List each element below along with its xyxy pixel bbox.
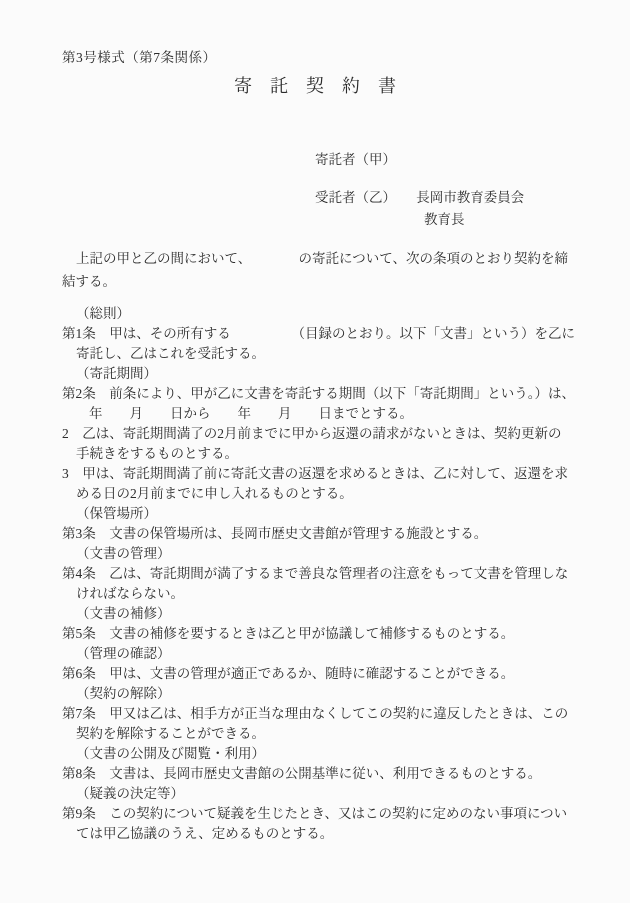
form-number-label: 第3号様式（第7条関係） <box>62 46 217 66</box>
trustee-officer-label: 教育長 <box>424 208 465 228</box>
article-line: 第6条 甲は、文書の管理が適正であるか、随時に確認することができる。 <box>62 664 582 684</box>
article-line: 3 甲は、寄託期間満了前に寄託文書の返還を求めるときは、乙に対して、返還を求 <box>62 464 582 484</box>
preamble-line: 結する。 <box>62 270 568 293</box>
articles-body: （総則） 第1条 甲は、その所有する （目録のとおり。以下「文書」という）を乙に… <box>62 304 582 844</box>
section-heading: （契約の解除） <box>62 684 582 704</box>
article-line: 契約を解除することができる。 <box>62 724 582 744</box>
depositor-party-label: 寄託者（甲） <box>315 148 396 168</box>
preamble-line: 上記の甲と乙の間において、 の寄託について、次の条項のとおり契約を締 <box>62 247 568 270</box>
section-heading: （文書の補修） <box>62 604 582 624</box>
article-line: 第5条 文書の補修を要するときは乙と甲が協議して補修するものとする。 <box>62 624 582 644</box>
article-line: 2 乙は、寄託期間満了の2月前までに甲から返還の請求がないときは、契約更新の <box>62 424 582 444</box>
article-line: 第1条 甲は、その所有する （目録のとおり。以下「文書」という）を乙に <box>62 324 582 344</box>
article-line: 年 月 日から 年 月 日までとする。 <box>62 404 582 424</box>
article-line: 寄託し、乙はこれを受託する。 <box>62 344 582 364</box>
section-heading: （文書の公開及び閲覧・利用） <box>62 744 582 764</box>
section-heading: （寄託期間） <box>62 364 582 384</box>
section-heading: （総則） <box>62 304 582 324</box>
trustee-party-label: 受託者（乙） 長岡市教育委員会 <box>315 186 524 206</box>
article-line: ては甲乙協議のうえ、定めるものとする。 <box>62 824 582 844</box>
section-heading: （管理の確認） <box>62 644 582 664</box>
article-line: 第2条 前条により、甲が乙に文書を寄託する期間（以下「寄託期間」という。）は、 <box>62 384 582 404</box>
preamble: 上記の甲と乙の間において、 の寄託について、次の条項のとおり契約を締 結する。 <box>62 247 568 293</box>
contract-document-page: 第3号様式（第7条関係） 寄 託 契 約 書 寄託者（甲） 受託者（乙） 長岡市… <box>0 0 630 903</box>
article-line: 第3条 文書の保管場所は、長岡市歴史文書館が管理する施設とする。 <box>62 524 582 544</box>
article-line: 第9条 この契約について疑義を生じたとき、又はこの契約に定めのない事項につい <box>62 804 582 824</box>
document-title: 寄 託 契 約 書 <box>0 72 630 98</box>
article-line: める日の2月前までに申し入れるものとする。 <box>62 484 582 504</box>
article-line: 第4条 乙は、寄託期間が満了するまで善良な管理者の注意をもって文書を管理しな <box>62 564 582 584</box>
article-line: ければならない。 <box>62 584 582 604</box>
section-heading: （文書の管理） <box>62 544 582 564</box>
article-line: 第8条 文書は、長岡市歴史文書館の公開基準に従い、利用できるものとする。 <box>62 764 582 784</box>
section-heading: （保管場所） <box>62 504 582 524</box>
section-heading: （疑義の決定等） <box>62 784 582 804</box>
article-line: 第7条 甲又は乙は、相手方が正当な理由なくしてこの契約に違反したときは、この <box>62 704 582 724</box>
article-line: 手続きをするものとする。 <box>62 444 582 464</box>
